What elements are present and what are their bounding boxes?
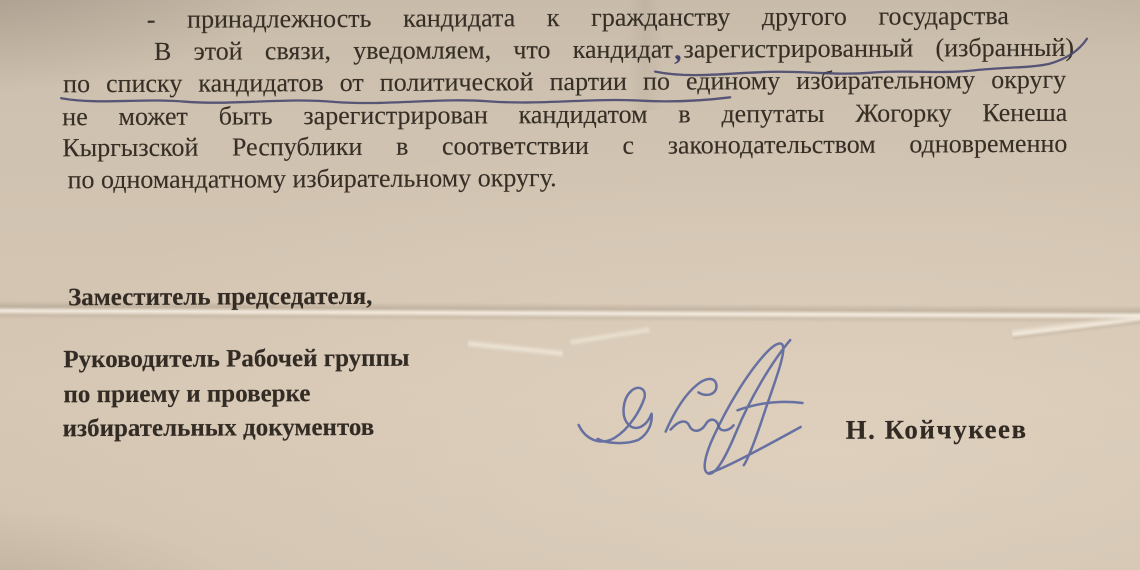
line2-printed-start: В этой связи, уведомляем, что кандидат: [154, 35, 673, 66]
signer-position-line-4: избирательных документов: [63, 414, 375, 443]
signature-stroke-middle: [665, 379, 733, 432]
paragraph-line-3: по списку кандидатов от политической пар…: [63, 65, 1066, 99]
signer-position-line-2: Руководитель Рабочей группы: [63, 345, 409, 375]
line2-printed-end: зарегистрированный (избранный): [683, 33, 1074, 64]
document-photo: - принадлежность кандидата к гражданству…: [0, 0, 1140, 570]
handwritten-comma: ,: [673, 34, 684, 67]
paragraph-line-1: - принадлежность кандидата к гражданству…: [147, 1, 1009, 35]
signature-stroke-left: [578, 388, 651, 443]
signer-position-line-3: по приему и проверке: [63, 380, 310, 409]
paragraph-line-6: по одномандатному избирательному округу.: [67, 161, 967, 195]
letter-content: - принадлежность кандидата к гражданству…: [0, 0, 1140, 570]
signer-position-line-1: Заместитель председателя,: [68, 283, 372, 312]
paragraph-line-5: Кыргызской Республики в соответствии с з…: [62, 129, 1067, 163]
paragraph-line-4: не может быть зарегистрирован кандидатом…: [62, 98, 1067, 132]
signature-stroke-right: [704, 340, 803, 474]
paragraph-line-2: В этой связи, уведомляем, что кандидат,з…: [154, 32, 1074, 67]
signer-name: Н. Койчукеев: [846, 414, 1028, 446]
